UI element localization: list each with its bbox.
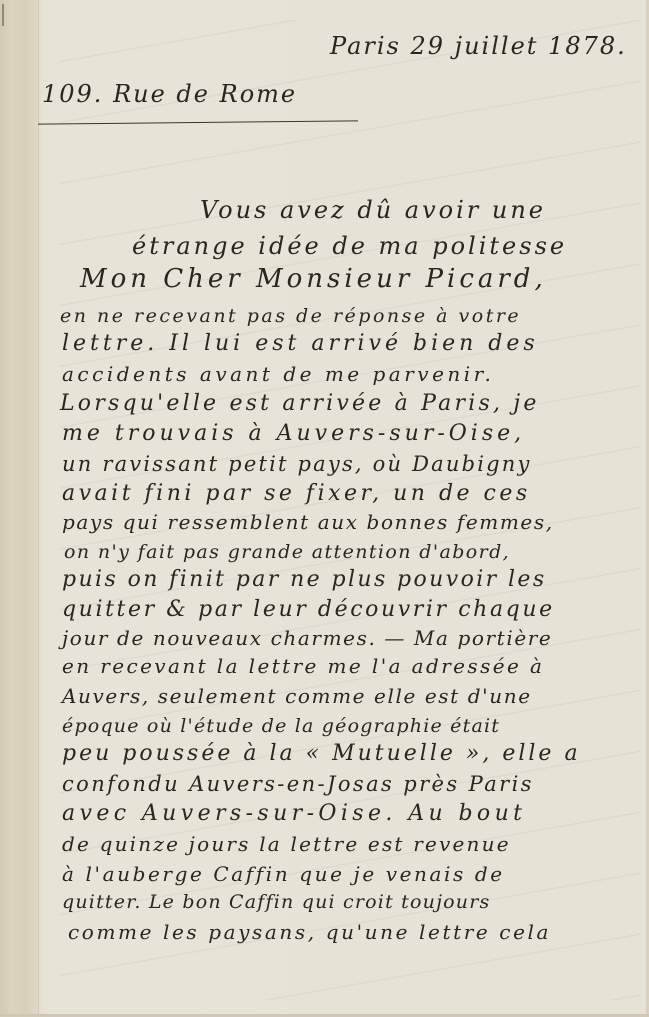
letter-line-16: en recevant la lettre me l'a adressée à (62, 652, 544, 680)
page-binding-margin (0, 0, 39, 1017)
letter-line-13: puis on finit par ne plus pouvoir les (62, 566, 547, 594)
letter-line-19: peu poussée à la « Mutuelle », elle a (62, 740, 581, 768)
address-underline (38, 120, 358, 124)
sender-address: 109. Rue de Rome (42, 80, 297, 108)
letter-line-12: on n'y fait pas grande attention d'abord… (64, 538, 510, 566)
letter-line-21: avec Auvers-sur-Oise. Au bout (62, 800, 526, 828)
letter-line-4: en ne recevant pas de réponse à votre (60, 302, 521, 330)
letter-line-20: confondu Auvers-en-Josas près Paris (62, 770, 534, 798)
letter-line-14: quitter & par leur découvrir chaque (62, 596, 555, 624)
letter-line-1: Vous avez dû avoir une (200, 196, 546, 224)
letter-line-23: à l'auberge Caffin que je venais de (62, 860, 505, 888)
letter-line-15: jour de nouveaux charmes. — Ma portière (62, 624, 552, 652)
letter-line-11: pays qui ressemblent aux bonnes femmes, (62, 508, 554, 536)
letter-line-10: avait fini par se fixer, un de ces (62, 480, 531, 508)
letter-line-6: accidents avant de me parvenir. (62, 360, 494, 388)
letter-line-9: un ravissant petit pays, où Daubigny (62, 450, 532, 478)
letter-line-8: me trouvais à Auvers-sur-Oise, (62, 420, 525, 448)
letter-page: Paris 29 juillet 1878. 109. Rue de Rome … (0, 0, 649, 1017)
letter-line-7: Lorsqu'elle est arrivée à Paris, je (60, 390, 540, 418)
letter-line-17: Auvers, seulement comme elle est d'une (62, 682, 532, 710)
letter-line-2: étrange idée de ma politesse (132, 232, 567, 260)
dateline: Paris 29 juillet 1878. (330, 32, 627, 60)
salutation: Mon Cher Monsieur Picard, (80, 265, 547, 293)
letter-line-5: lettre. Il lui est arrivé bien des (62, 330, 539, 358)
letter-line-18: époque où l'étude de la géographie était (62, 712, 500, 740)
letter-line-24: quitter. Le bon Caffin qui croit toujour… (62, 888, 490, 916)
letter-line-22: de quinze jours la lettre est revenue (62, 830, 511, 858)
binding-mark (2, 4, 4, 26)
letter-line-25: comme les paysans, qu'une lettre cela (68, 918, 551, 946)
